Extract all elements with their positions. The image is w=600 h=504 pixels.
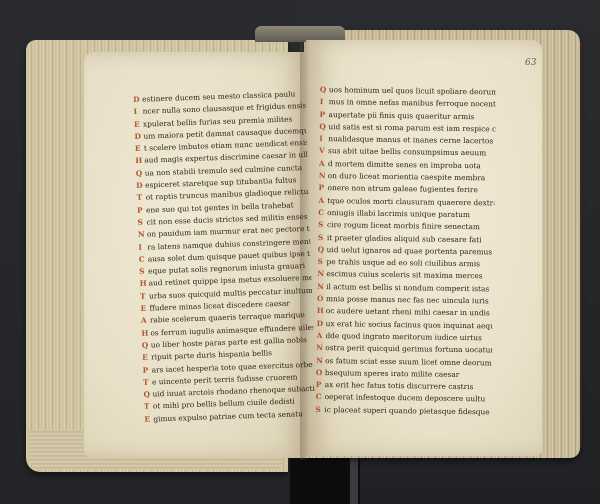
rubricated-initial: E — [140, 303, 149, 316]
line-text: oc audere uetant rheni mihi caesar in un… — [326, 306, 490, 317]
rubricated-initial: A — [318, 195, 327, 207]
line-text: it praeter gladios aliquid sub caesare f… — [327, 233, 482, 244]
rubricated-initial: Q — [318, 244, 327, 256]
line-text: onere non atrum galeae fugientes ferire — [327, 183, 477, 194]
rubricated-initial: I — [133, 106, 142, 119]
rubricated-initial: Q — [142, 339, 151, 352]
line-text: ostra perit quicquid gerimus fortuna uoc… — [325, 343, 494, 354]
rubricated-initial: Q — [320, 84, 329, 96]
rubricated-initial: O — [316, 367, 325, 379]
line-text: pe trahis usque ad eo soli ciuilibus arm… — [326, 257, 480, 268]
rubricated-initial: E — [135, 143, 144, 156]
line-text: nualidasque manus et inanes cerne lacert… — [328, 134, 493, 145]
rubricated-initial: P — [316, 379, 325, 391]
rubricated-initial: S — [137, 217, 146, 230]
rubricated-initial: S — [139, 266, 148, 279]
rubricated-initial: T — [140, 290, 149, 303]
rubricated-initial: P — [319, 109, 328, 121]
line-text: tque oculos morti clausuram quaerere dex… — [327, 196, 496, 207]
line-text: ux erat hic socius facinus quos inquinat… — [326, 319, 496, 330]
rubricated-initial: I — [319, 133, 328, 145]
rubricated-initial: A — [316, 330, 325, 342]
line-text: il actum est bellis si nondum comperit i… — [326, 282, 489, 293]
rubricated-initial: N — [138, 229, 147, 242]
line-text: cire rogum liceat morbis finire senectam — [327, 220, 480, 231]
line-text: ax erit hec fatus totis discurrere castr… — [325, 380, 474, 391]
rubricated-initial: C — [139, 253, 148, 266]
rubricated-initial: Q — [319, 121, 328, 133]
rubricated-initial: E — [142, 352, 151, 365]
rubricated-initial: D — [317, 318, 326, 330]
line-text: oeperat infestoque ducem deposcere uultu — [325, 393, 486, 404]
line-text: mus in omne nefas manibus ferroque nocen… — [329, 97, 496, 108]
line-text: ripuit parte duris hispania bellis — [151, 349, 272, 362]
rubricated-initial: H — [317, 305, 326, 317]
line-text: d mortem dimitte senes en improba uota — [328, 159, 481, 170]
rubricated-initial: I — [138, 241, 147, 254]
line-text: uid satis est si roma parum est iam resp… — [328, 122, 496, 134]
rubricated-initial: N — [317, 268, 326, 280]
manuscript-line: Sic placeat superi quando pietasque fide… — [315, 404, 491, 419]
line-text: uid uelut ignaros ad quae portenta parem… — [327, 245, 493, 256]
rubricated-initial: S — [318, 219, 327, 231]
rubricated-initial: H — [135, 155, 144, 168]
rubricated-initial: N — [317, 281, 326, 293]
rubricated-initial: T — [143, 376, 152, 389]
line-text: oniugis illabi lacrimis unique paratum — [327, 208, 470, 219]
rubricated-initial: H — [141, 327, 150, 340]
rubricated-initial: I — [320, 96, 329, 108]
line-text: ic placeat superi quando pietasque fides… — [324, 405, 489, 416]
left-page-text-column: Destinere ducem seu mesto classica paulu… — [133, 88, 316, 426]
rubricated-initial: D — [136, 180, 145, 193]
line-text: aupertate pii finis quis quaeritur armis — [329, 110, 475, 121]
rubricated-initial: E — [134, 118, 143, 131]
rubricated-initial: A — [319, 158, 328, 170]
rubricated-initial: P — [142, 364, 151, 377]
rubricated-initial: Q — [143, 389, 152, 402]
rubricated-initial: T — [144, 401, 153, 414]
rubricated-initial: Q — [136, 167, 145, 180]
rubricated-initial: D — [134, 131, 143, 144]
rubricated-initial: C — [318, 207, 327, 219]
line-text: mnia posse manus nec fas nec uincula iur… — [326, 294, 489, 305]
line-text: dde quod ingrato meritorum iudice uirtus — [325, 331, 482, 342]
line-text: escimus cuius sceleris sit maxima merces — [326, 270, 482, 281]
line-text: on duro liceat morientia caespite membra — [328, 171, 486, 182]
rubricated-initial: H — [139, 278, 148, 291]
rubricated-initial: S — [315, 404, 324, 416]
rubricated-initial: E — [144, 413, 153, 426]
rubricated-initial: N — [316, 355, 325, 367]
rubricated-initial: O — [317, 293, 326, 305]
rubricated-initial: N — [319, 170, 328, 182]
rubricated-initial: P — [137, 204, 146, 217]
rubricated-initial: D — [133, 94, 142, 107]
line-text: os fatum sciat esse suum licet omne deor… — [325, 356, 492, 367]
rubricated-initial: A — [141, 315, 150, 328]
rubricated-initial: V — [319, 145, 328, 157]
rubricated-initial: P — [318, 182, 327, 194]
rubricated-initial: C — [316, 391, 325, 403]
folio-number: 63 — [525, 58, 536, 68]
rubricated-initial: N — [316, 342, 325, 354]
rubricated-initial: T — [136, 192, 145, 205]
line-text: uos hominum uel quos licuit spoliare deo… — [329, 85, 496, 96]
rubricated-initial: S — [317, 256, 326, 268]
line-text: bsequium speres irato milite caesar — [325, 368, 459, 379]
rubricated-initial: S — [318, 232, 327, 244]
right-page-text-column: Quos hominum uel quos licuit spoliare de… — [315, 84, 496, 418]
line-text: sus abit uitae bellis consumpsimus aeuum — [328, 147, 486, 158]
